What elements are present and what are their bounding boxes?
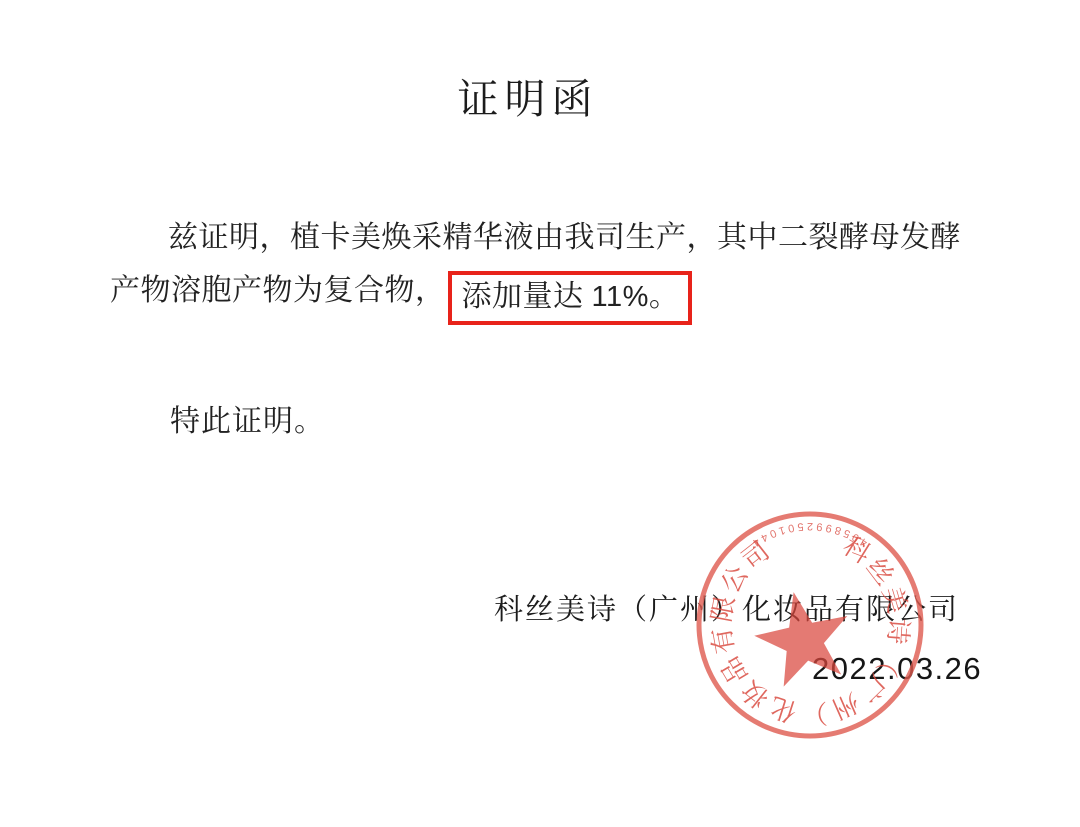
seal-serial-digit: 2	[807, 520, 813, 532]
seal-serial-digit: 5	[842, 526, 852, 539]
seal-serial-digit: 5	[797, 520, 804, 533]
seal-ring-char: 品	[715, 652, 753, 689]
body-line-2: 产物溶胞产物为复合物，添加量达 11%。	[110, 265, 970, 325]
seal-ring-char: 丝	[861, 553, 900, 591]
seal-serial-digit: 1	[777, 523, 786, 536]
body-line-2-prefix: 产物溶胞产物为复合物，	[110, 274, 446, 307]
seal-ring-char: 妆	[736, 674, 774, 713]
seal-ring-char: 有	[707, 625, 740, 656]
body-line-1: 兹证明，植卡美焕采精华液由我司生产，其中二裂酵母发酵	[110, 212, 970, 264]
signature-date: 2022.03.26	[812, 651, 982, 687]
seal-serial-digit: 0	[787, 521, 795, 534]
seal-ring-char: 科	[838, 531, 875, 569]
seal-ring-char: 州	[828, 687, 863, 724]
highlight-text-number: 11%	[592, 281, 649, 313]
highlight-text-punct: 。	[649, 280, 680, 313]
closing-line: 特此证明。	[170, 396, 325, 440]
highlight-box: 添加量达 11%。	[448, 271, 693, 325]
seal-serial-digit: 0	[768, 526, 778, 539]
seal-serial-digit: 8	[833, 523, 842, 536]
seal-serial-digit: 4	[750, 535, 762, 548]
seal-serial-digit: 9	[816, 520, 823, 533]
highlight-text-cn: 添加量达	[462, 280, 592, 313]
seal-serial-digit: 4	[858, 535, 870, 548]
seal-ring-char: 化	[766, 691, 800, 727]
seal-serial-digit: 4	[759, 530, 770, 543]
page-title: 证明函	[0, 66, 1068, 125]
company-seal-stamp: 科丝美诗（广州）化妆品有限公司4401052998504	[690, 510, 930, 750]
body-paragraph: 兹证明，植卡美焕采精华液由我司生产，其中二裂酵母发酵 产物溶胞产物为复合物，添加…	[110, 212, 970, 325]
company-name: 科丝美诗（广州）化妆品有限公司	[494, 587, 959, 628]
seal-ring-char: 司	[737, 536, 775, 575]
seal-serial-digit: 0	[850, 530, 861, 543]
seal-serial-digit: 9	[825, 521, 833, 534]
certificate-document: 证明函 兹证明，植卡美焕采精华液由我司生产，其中二裂酵母发酵 产物溶胞产物为复合…	[0, 0, 1080, 827]
seal-ring-char: ）	[801, 698, 828, 728]
